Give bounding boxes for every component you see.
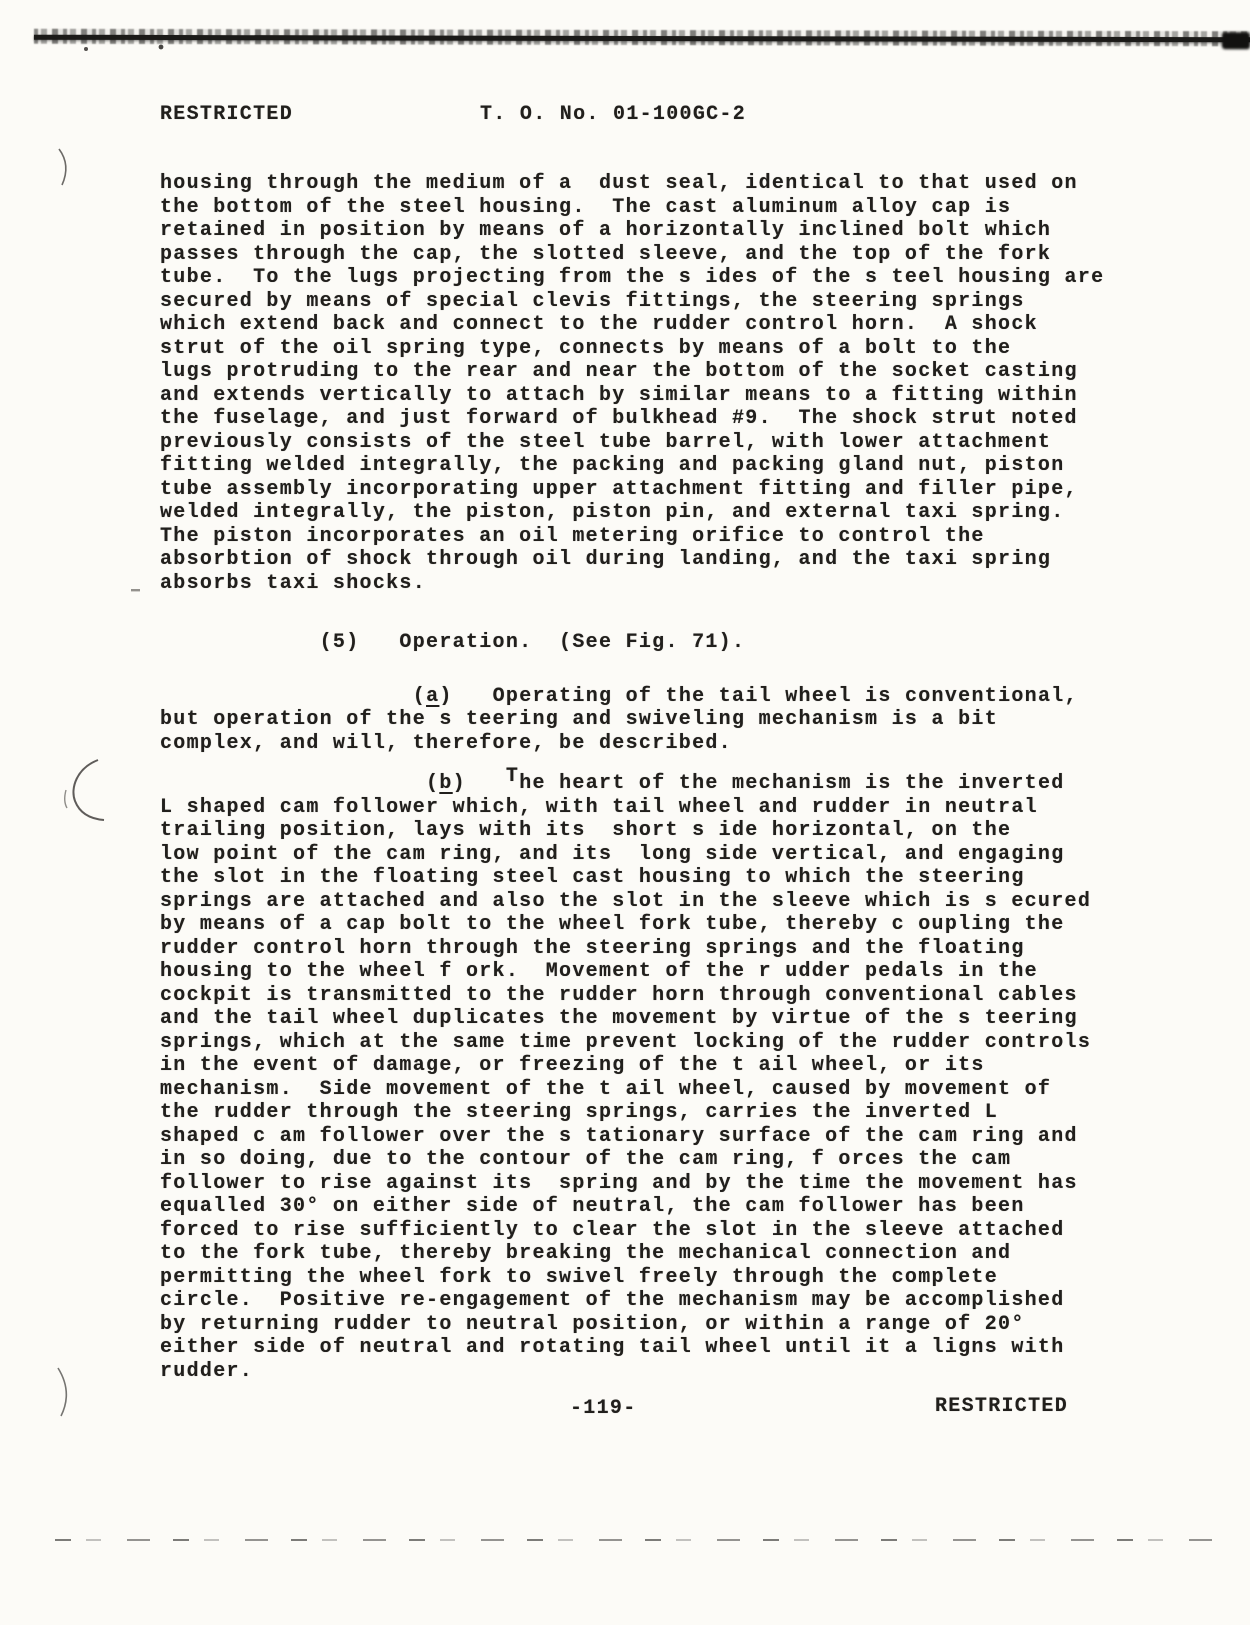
page-body: housing through the medium of a dust sea… [160, 172, 1170, 1383]
speck-artifact [84, 47, 88, 51]
paragraph-label: ) [453, 772, 466, 795]
header-doc-number: T. O. No. 01-100GC-2 [480, 103, 746, 127]
paragraph-label: ( [426, 772, 439, 795]
raised-letter: T [506, 765, 519, 788]
footer-classification: RESTRICTED [935, 1395, 1068, 1419]
scan-dashed-line [55, 1539, 1228, 1541]
dash-artifact [131, 589, 140, 591]
paragraph-a: (a) Operating of the tail wheel is conve… [160, 685, 1170, 756]
paragraph-label: ) [439, 685, 452, 708]
pencil-mark-artifact [58, 1368, 66, 1416]
paragraph-label-letter: b [439, 772, 452, 795]
paragraph-label: ( [413, 685, 426, 708]
scan-edge-blob [1222, 32, 1250, 49]
continuation-paragraph: housing through the medium of a dust sea… [160, 172, 1170, 595]
scan-edge-band [34, 29, 1250, 50]
pencil-mark-artifact [73, 760, 104, 820]
footer-page-number: -119- [570, 1397, 637, 1421]
section-heading: (5) Operation. (See Fig. 71). [160, 631, 1170, 655]
pencil-mark-artifact [59, 149, 66, 185]
paragraph-label-letter: a [426, 685, 439, 708]
pencil-mark-artifact [65, 790, 67, 808]
scanned-page: RESTRICTED T. O. No. 01-100GC-2 housing … [0, 0, 1250, 1625]
paragraph-b: (b) The heart of the mechanism is the in… [160, 772, 1170, 1383]
header-classification: RESTRICTED [160, 103, 293, 127]
